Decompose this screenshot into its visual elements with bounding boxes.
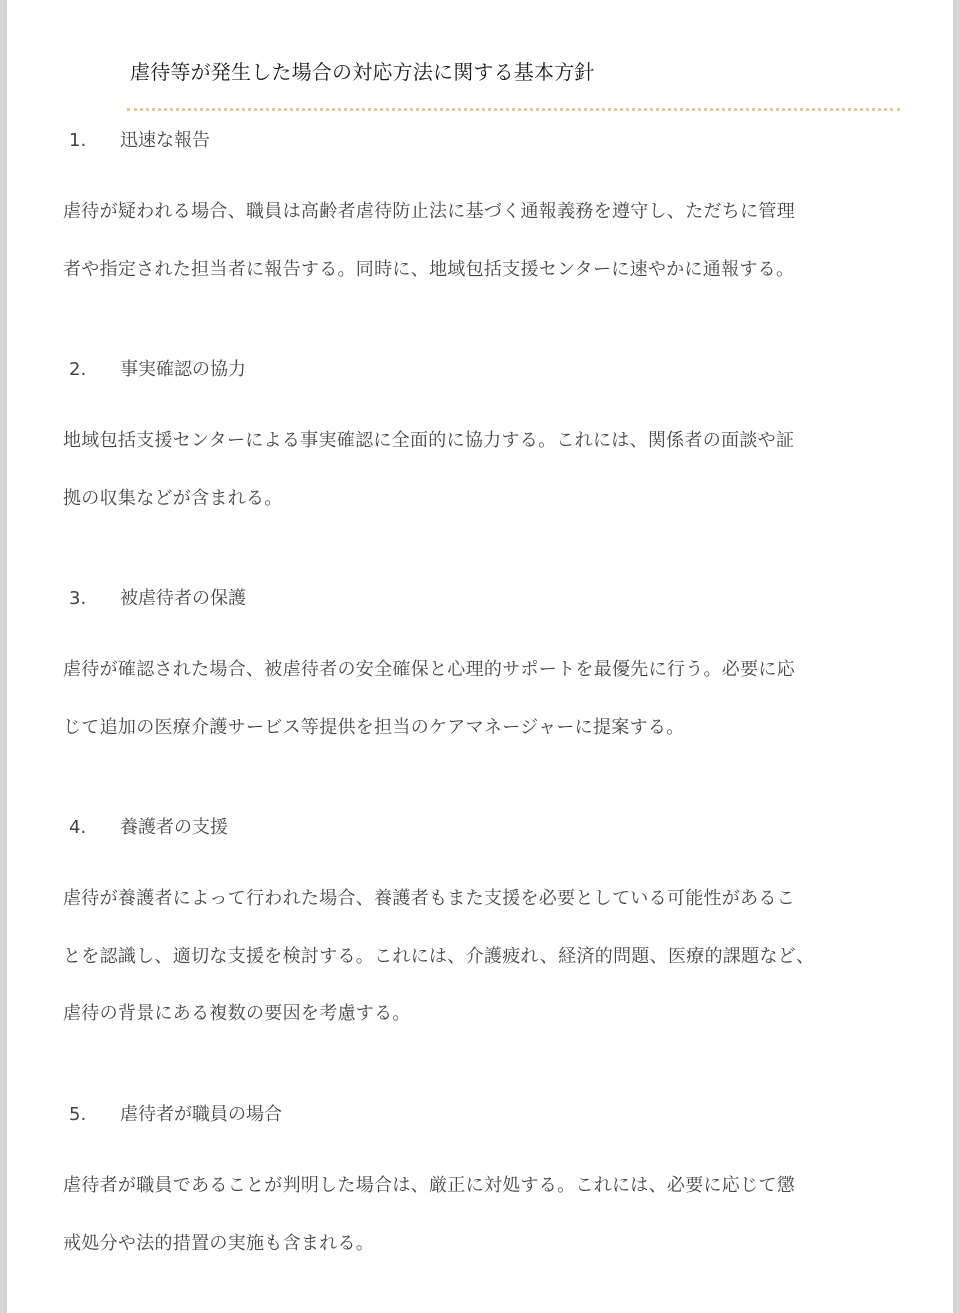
body-line: 虐待が養護者によって行われた場合、養護者もまた支援を必要としている可能性があるこ xyxy=(63,870,913,928)
body-line: 虐待が疑われる場合、職員は高齢者虐待防止法に基づく通報義務を遵守し、ただちに管理 xyxy=(63,183,913,241)
section-body: 地域包括支援センターによる事実確認に全面的に協力する。これには、関係者の面談や証… xyxy=(63,412,913,527)
section-title: 迅速な報告 xyxy=(120,126,210,156)
document-title: 虐待等が発生した場合の対応方法に関する基本方針 xyxy=(130,56,595,85)
section-1: 1. 迅速な報告 虐待が疑われる場合、職員は高齢者虐待防止法に基づく通報義務を遵… xyxy=(63,126,913,298)
section-title: 事実確認の協力 xyxy=(120,355,246,385)
section-heading: 5. 虐待者が職員の場合 xyxy=(63,1100,913,1130)
section-4: 4. 養護者の支援 虐待が養護者によって行われた場合、養護者もまた支援を必要とし… xyxy=(63,813,913,1043)
section-3: 3. 被虐待者の保護 虐待が確認された場合、被虐待者の安全確保と心理的サポートを… xyxy=(63,584,913,756)
body-line: 者や指定された担当者に報告する。同時に、地域包括支援センターに速やかに通報する。 xyxy=(63,241,913,299)
section-number: 2. xyxy=(63,355,120,385)
body-line: じて追加の医療介護サービス等提供を担当のケアマネージャーに提案する。 xyxy=(63,699,913,757)
section-heading: 1. 迅速な報告 xyxy=(63,126,913,156)
section-heading: 2. 事実確認の協力 xyxy=(63,355,913,385)
body-line: 地域包括支援センターによる事実確認に全面的に協力する。これには、関係者の面談や証 xyxy=(63,412,913,470)
section-number: 5. xyxy=(63,1100,120,1130)
section-5: 5. 虐待者が職員の場合 虐待者が職員であることが判明した場合は、厳正に対処する… xyxy=(63,1100,913,1272)
section-number: 3. xyxy=(63,584,120,614)
body-line: 虐待の背景にある複数の要因を考慮する。 xyxy=(63,985,913,1043)
body-line: 拠の収集などが含まれる。 xyxy=(63,470,913,528)
section-number: 4. xyxy=(63,813,120,843)
section-title: 被虐待者の保護 xyxy=(120,584,246,614)
body-line: とを認識し、適切な支援を検討する。これには、介護疲れ、経済的問題、医療的課題など… xyxy=(63,928,913,986)
body-line: 虐待者が職員であることが判明した場合は、厳正に対処する。これには、必要に応じて懲 xyxy=(63,1157,913,1215)
section-body: 虐待が疑われる場合、職員は高齢者虐待防止法に基づく通報義務を遵守し、ただちに管理… xyxy=(63,183,913,298)
section-heading: 4. 養護者の支援 xyxy=(63,813,913,843)
section-2: 2. 事実確認の協力 地域包括支援センターによる事実確認に全面的に協力する。これ… xyxy=(63,355,913,527)
section-body: 虐待が養護者によって行われた場合、養護者もまた支援を必要としている可能性があるこ… xyxy=(63,870,913,1043)
section-heading: 3. 被虐待者の保護 xyxy=(63,584,913,614)
section-title: 養護者の支援 xyxy=(120,813,228,843)
body-line: 戒処分や法的措置の実施も含まれる。 xyxy=(63,1215,913,1273)
section-number: 1. xyxy=(63,126,120,156)
body-line: 虐待が確認された場合、被虐待者の安全確保と心理的サポートを最優先に行う。必要に応 xyxy=(63,641,913,699)
title-divider xyxy=(127,108,900,111)
document-page: 虐待等が発生した場合の対応方法に関する基本方針 1. 迅速な報告 虐待が疑われる… xyxy=(7,0,953,1313)
section-title: 虐待者が職員の場合 xyxy=(120,1100,282,1130)
section-body: 虐待者が職員であることが判明した場合は、厳正に対処する。これには、必要に応じて懲… xyxy=(63,1157,913,1272)
section-body: 虐待が確認された場合、被虐待者の安全確保と心理的サポートを最優先に行う。必要に応… xyxy=(63,641,913,756)
